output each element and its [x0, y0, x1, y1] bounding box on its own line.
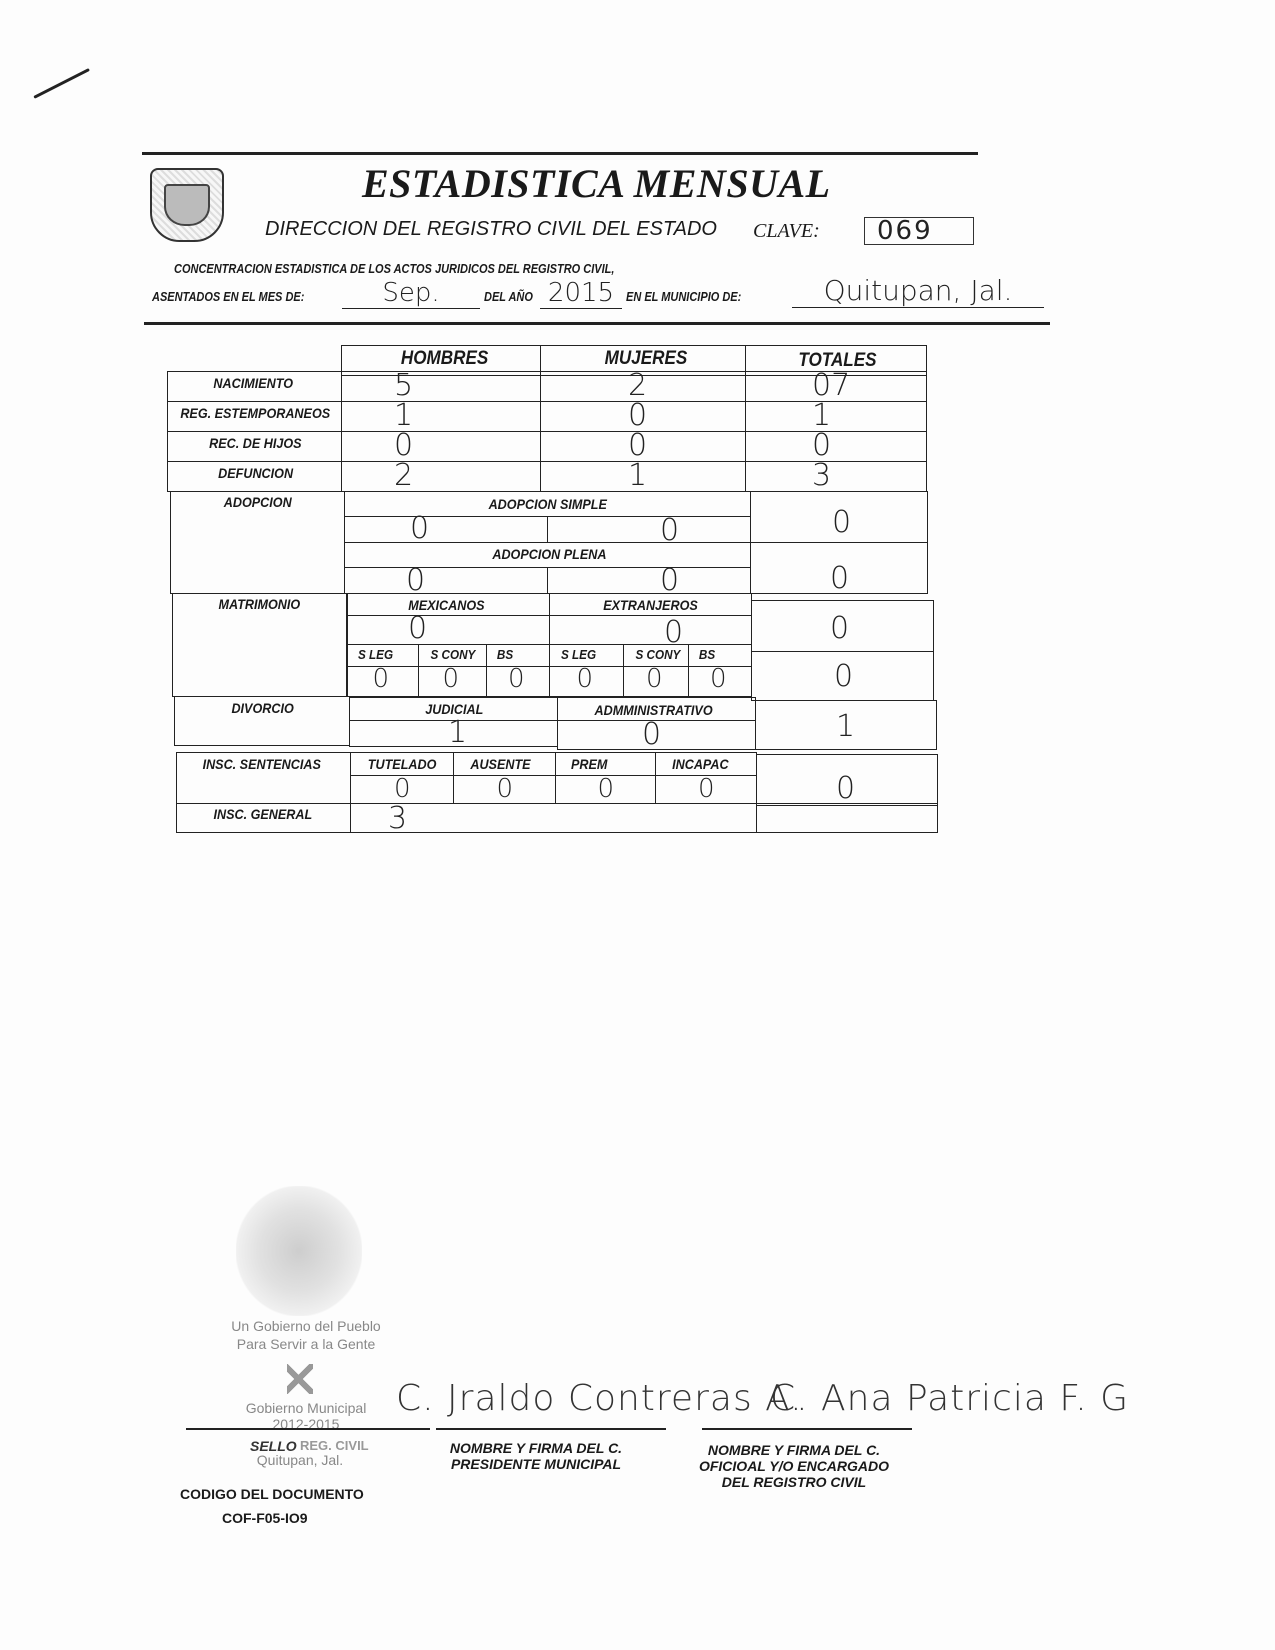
president-caption-2: PRESIDENTE MUNICIPAL: [436, 1456, 636, 1472]
sentencias-subvalue: 0: [497, 776, 514, 802]
row-hombres-cell[interactable]: [341, 401, 541, 432]
matrimonio-subheader: S CONY: [430, 647, 475, 662]
municipal-coat-of-arms-icon: [236, 1186, 362, 1316]
matrimonio-subvalue: 0: [508, 666, 525, 692]
stray-pen-mark: [33, 68, 90, 99]
document-title: ESTADISTICA MENSUAL: [362, 160, 831, 207]
general-value-cell[interactable]: [350, 803, 757, 833]
row-total-cell[interactable]: [745, 401, 927, 432]
general-total-cell: [756, 803, 938, 833]
sello-line: [186, 1428, 430, 1430]
column-header-mujeres: MUJERES: [605, 348, 688, 370]
adopcion-simple-label: ADOPCION SIMPLE: [489, 496, 607, 512]
adopcion-simple-mujeres-cell[interactable]: [547, 516, 751, 543]
row-hombres-value: 0: [394, 431, 413, 461]
code-value: COF-F05-IO9: [222, 1510, 308, 1526]
adopcion-simple-total: 0: [832, 508, 851, 538]
row-hombres-cell[interactable]: [341, 431, 541, 462]
sello-stamp: REG. CIVIL: [300, 1438, 369, 1453]
row-total-cell[interactable]: [745, 461, 927, 492]
anio-field[interactable]: 2015: [540, 278, 622, 309]
matrimonio-mexicanos: 0: [408, 614, 427, 644]
mes-field[interactable]: Sep.: [342, 278, 480, 309]
row-total-value: 3: [812, 461, 831, 491]
sentencias-subheader: TUTELADO: [368, 756, 437, 772]
matrimonio-total-bottom: 0: [834, 662, 853, 692]
seal-motto-2: Para Servir a la Gente: [216, 1336, 396, 1352]
general-label: INSC. GENERAL: [213, 806, 312, 822]
sentencias-subvalue: 0: [394, 776, 411, 802]
adopcion-simple-hombres: 0: [410, 514, 429, 544]
adopcion-plena-hombres: 0: [406, 566, 425, 596]
sentencias-subheader: PREM: [571, 756, 607, 772]
administrativo-label: ADMMINISTRATIVO: [595, 702, 713, 718]
header-bottom-rule: [144, 322, 1050, 325]
row-label: REG. ESTEMPORANEOS: [180, 405, 330, 421]
matrimonio-total-top: 0: [830, 614, 849, 644]
matrimonio-subheader: S LEG: [561, 647, 596, 662]
matrimonio-subvalue: 0: [443, 666, 460, 692]
municipio-label: EN EL MUNICIPIO DE:: [626, 290, 741, 304]
row-hombres-cell[interactable]: [341, 461, 541, 492]
matrimonio-subheader: BS: [497, 647, 513, 662]
adopcion-label: ADOPCION: [224, 494, 292, 510]
official-caption-2: OFICIOAL Y/O ENCARGADO: [694, 1458, 894, 1474]
sentencias-label: INSC. SENTENCIAS: [203, 756, 321, 772]
row-label: REC. DE HIJOS: [209, 435, 301, 451]
matrimonio-subvalue: 0: [710, 666, 727, 692]
row-hombres-value: 5: [394, 371, 413, 401]
general-value: 3: [388, 804, 407, 834]
divorcio-administrativo: 0: [642, 720, 661, 750]
adopcion-plena-hombres-cell[interactable]: [344, 567, 548, 594]
document-subtitle: DIRECCION DEL REGISTRO CIVIL DEL ESTADO: [265, 218, 717, 241]
state-coat-of-arms-icon: [150, 168, 224, 242]
matrimonio-subheader: BS: [699, 647, 715, 662]
seal-motto-1: Un Gobierno del Pueblo: [216, 1318, 396, 1334]
column-header-hombres: HOMBRES: [401, 348, 488, 370]
official-signature[interactable]: C. Ana Patricia F. G: [770, 1378, 1129, 1419]
divorcio-judicial: 1: [448, 718, 467, 748]
clave-label: CLAVE:: [753, 220, 820, 243]
row-hombres-cell[interactable]: [341, 371, 541, 402]
divorcio-label: DIVORCIO: [231, 700, 293, 716]
president-signature[interactable]: C. Jraldo Contreras A.: [396, 1378, 803, 1419]
anio-label: DEL AÑO: [484, 290, 533, 304]
matrimonio-mexicanos-cell[interactable]: [346, 615, 550, 645]
sentencias-subheader: INCAPAC: [672, 756, 728, 772]
row-mujeres-value: 0: [628, 431, 647, 461]
president-signature-line: [436, 1428, 666, 1430]
divorcio-total: 1: [836, 712, 855, 742]
official-caption-1: NOMBRE Y FIRMA DEL C.: [694, 1442, 894, 1458]
adopcion-simple-hombres-cell[interactable]: [344, 516, 548, 543]
row-hombres-value: 1: [394, 401, 413, 431]
adopcion-plena-mujeres-cell[interactable]: [547, 567, 751, 594]
row-mujeres-value: 2: [628, 371, 647, 401]
row-label: NACIMIENTO: [213, 375, 293, 391]
sello-place: Quitupan, Jal.: [230, 1452, 370, 1468]
row-total-value: 0: [812, 431, 831, 461]
sentencias-subvalue: 0: [698, 776, 715, 802]
extranjeros-label: EXTRANJEROS: [603, 597, 698, 613]
official-signature-line: [702, 1428, 912, 1430]
sentencias-total: 0: [836, 774, 855, 804]
code-label: CODIGO DEL DOCUMENTO: [180, 1486, 364, 1502]
adopcion-plena-mujeres: 0: [660, 566, 679, 596]
matrimonio-subheader: S LEG: [358, 647, 393, 662]
adopcion-plena-label: ADOPCION PLENA: [492, 546, 606, 562]
row-mujeres-value: 0: [628, 401, 647, 431]
row-mujeres-value: 1: [628, 461, 647, 491]
matrimonio-subvalue: 0: [577, 666, 594, 692]
concentracion-line: CONCENTRACION ESTADISTICA DE LOS ACTOS J…: [174, 262, 614, 276]
municipio-field[interactable]: Quitupan, Jal.: [792, 274, 1044, 308]
sentencias-subvalue: 0: [598, 776, 615, 802]
seal-gov: Gobierno Municipal: [216, 1400, 396, 1416]
sentencias-subheader: AUSENTE: [470, 756, 530, 772]
adopcion-plena-total: 0: [830, 564, 849, 594]
row-total-cell[interactable]: [745, 431, 927, 462]
matrimonio-label: MATRIMONIO: [219, 596, 301, 612]
row-total-value: 1: [812, 401, 831, 431]
matrimonio-subvalue: 0: [373, 666, 390, 692]
official-caption-3: DEL REGISTRO CIVIL: [694, 1474, 894, 1490]
top-rule: [142, 152, 978, 155]
mes-label: ASENTADOS EN EL MES DE:: [152, 290, 304, 304]
matrimonio-subheader: S CONY: [635, 647, 680, 662]
municipal-logo-icon: [287, 1364, 313, 1394]
row-total-value: 07: [812, 371, 850, 401]
matrimonio-extranjeros-cell[interactable]: [549, 615, 752, 645]
row-hombres-value: 2: [394, 461, 413, 491]
president-caption-1: NOMBRE Y FIRMA DEL C.: [436, 1440, 636, 1456]
matrimonio-subvalue: 0: [646, 666, 663, 692]
clave-field[interactable]: 069: [864, 217, 974, 245]
row-label: DEFUNCION: [218, 465, 293, 481]
